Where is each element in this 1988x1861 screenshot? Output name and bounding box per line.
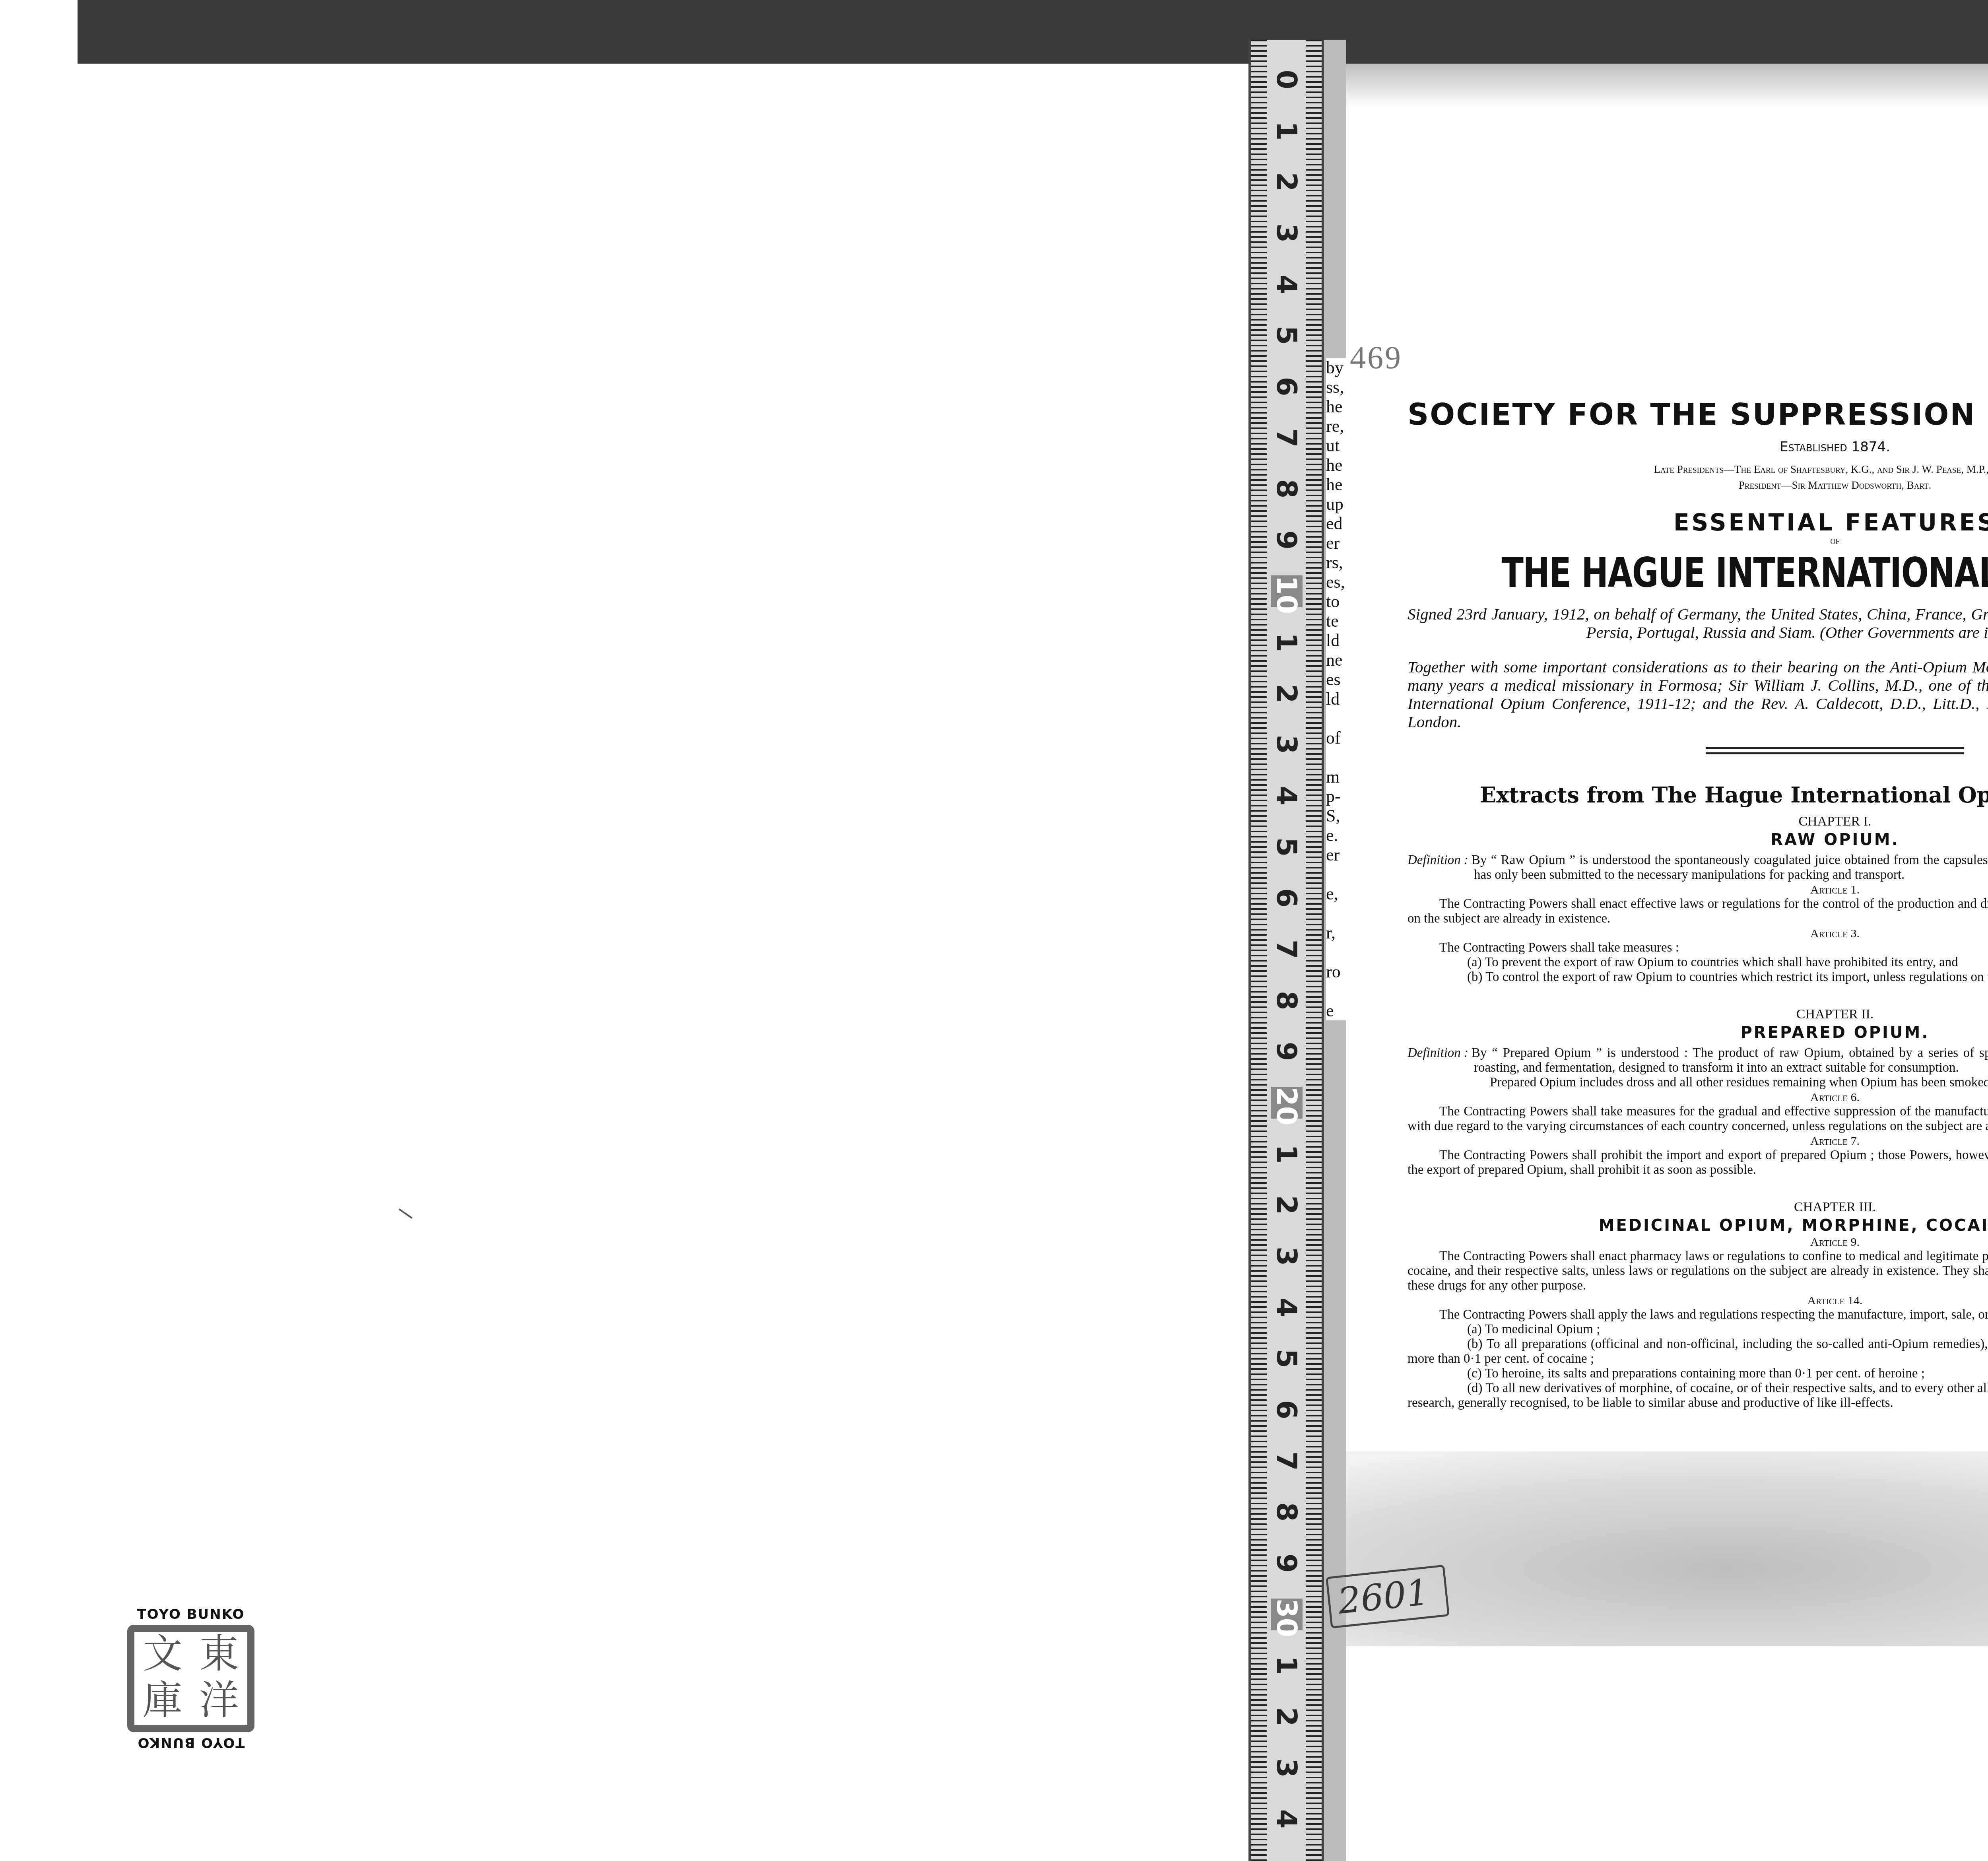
article-label: Article 6. (1408, 1091, 1988, 1104)
seal-char: 庫 (134, 1678, 191, 1725)
text-fragment (1326, 903, 1346, 923)
article-text: The Contracting Powers shall enact pharm… (1408, 1249, 1988, 1293)
article-text: The Contracting Powers shall take measur… (1408, 1104, 1988, 1134)
definition-block: Definition :By “ Prepared Opium ” is und… (1408, 1046, 1988, 1090)
article-text: The Contracting Powers shall take measur… (1408, 940, 1988, 955)
ruler-number: 5 (1271, 831, 1303, 863)
society-heading: SOCIETY FOR THE SUPPRESSION OF THE OPIUM… (1408, 398, 1988, 432)
ruler-number: 1 (1271, 1138, 1303, 1170)
text-fragment: m (1326, 767, 1346, 787)
text-fragment: rs, (1326, 553, 1346, 572)
text-fragment: ro (1326, 962, 1346, 981)
ruler-number: 4 (1271, 1803, 1303, 1835)
chapter-number: CHAPTER I. (1408, 814, 1988, 829)
definition-label: Definition : (1408, 1046, 1474, 1090)
text-fragment: of (1326, 728, 1346, 748)
definition-body: By “ Prepared Opium ” is understood : Th… (1474, 1046, 1988, 1090)
definition-extra: Prepared Opium includes dross and all ot… (1474, 1075, 1988, 1090)
text-fragment: up (1326, 494, 1346, 514)
chapter-title: RAW OPIUM. (1408, 831, 1988, 849)
article-text: The Contracting Powers shall prohibit th… (1408, 1148, 1988, 1177)
text-fragment (1326, 709, 1346, 728)
text-fragment: re, (1326, 416, 1346, 436)
ruler-number: 30 (1271, 1599, 1303, 1630)
article-item: (c) To heroine, its salts and preparatio… (1408, 1366, 1988, 1381)
president: President—Sir Matthew Dodsworth, Bart. (1408, 477, 1988, 493)
text-fragment: to (1326, 592, 1346, 611)
text-fragment: ld (1326, 689, 1346, 709)
extracts-heading: Extracts from The Hague International Op… (1408, 782, 1988, 808)
text-fragment: er (1326, 533, 1346, 553)
text-fragment: p- (1326, 787, 1346, 806)
ruler-number: 7 (1271, 933, 1303, 965)
text-fragment: es, (1326, 572, 1346, 592)
chapter-section: CHAPTER I.RAW OPIUM.Definition :By “ Raw… (1408, 814, 1988, 985)
ruler-number: 6 (1271, 1394, 1303, 1426)
late-presidents: Late Presidents—The Earl of Shaftesbury,… (1408, 461, 1988, 477)
ruler-ticks (1306, 40, 1322, 1861)
text-fragment: er (1326, 845, 1346, 864)
document-content: SOCIETY FOR THE SUPPRESSION OF THE OPIUM… (1408, 398, 1988, 1410)
text-fragment: ne (1326, 650, 1346, 670)
ruler-number: 3 (1271, 728, 1303, 760)
ruler-number: 4 (1271, 780, 1303, 812)
text-fragment: ed (1326, 514, 1346, 533)
seal-char: 文 (134, 1632, 191, 1678)
of-connector: OF (1408, 538, 1988, 546)
signatories-note: Signed 23rd January, 1912, on behalf of … (1408, 605, 1988, 641)
article-item: (b) To all preparations (officinal and n… (1408, 1337, 1988, 1366)
ruler-number: 4 (1271, 268, 1303, 300)
text-fragment (1326, 748, 1346, 767)
article-label: Article 14. (1408, 1294, 1988, 1307)
measuring-ruler: 01234567891012345678920123456789301234 (1248, 40, 1324, 1861)
ruler-number: 7 (1271, 422, 1303, 454)
article-label: Article 9. (1408, 1235, 1988, 1249)
text-fragment: ld (1326, 631, 1346, 650)
ruler-number: 1 (1271, 1649, 1303, 1681)
chapter-section: CHAPTER II.PREPARED OPIUM.Definition :By… (1408, 985, 1988, 1177)
ruler-number: 3 (1271, 217, 1303, 249)
double-rule-divider (1706, 747, 1964, 754)
spacer (1408, 985, 1988, 1000)
ruler-number: 2 (1271, 166, 1303, 198)
article-label: Article 3. (1408, 927, 1988, 940)
toyo-bunko-stamp-left: TOYO BUNKO 文 東 庫 洋 TOYO BUNKO (123, 1607, 258, 1750)
text-fragment: es (1326, 670, 1346, 689)
ruler-number: 2 (1271, 1189, 1303, 1221)
article-item: (b) To control the export of raw Opium t… (1408, 970, 1988, 985)
text-fragment: e, (1326, 884, 1346, 903)
ruler-ticks (1251, 40, 1267, 1861)
definition-label: Definition : (1408, 853, 1474, 882)
seal-char: 東 (191, 1632, 247, 1678)
seal-icon: 文 東 庫 洋 (127, 1625, 254, 1732)
chapter-section: CHAPTER III.MEDICINAL OPIUM, MORPHINE, C… (1408, 1177, 1988, 1410)
ruler-number: 20 (1271, 1087, 1303, 1119)
ruler-number: 7 (1271, 1445, 1303, 1477)
ruler-number: 9 (1271, 1547, 1303, 1579)
text-fragment: ut (1326, 436, 1346, 455)
definition-body: By “ Raw Opium ” is understood the spont… (1474, 853, 1988, 882)
established-line: Established 1874. (1408, 439, 1988, 455)
ruler-number: 5 (1271, 1342, 1303, 1374)
ruler-number: 9 (1271, 1035, 1303, 1067)
text-fragment (1326, 942, 1346, 962)
page-stain (1346, 1451, 1988, 1646)
text-fragment: S, (1326, 806, 1346, 826)
ruler-number: 3 (1271, 1240, 1303, 1272)
text-fragment (1326, 981, 1346, 1001)
chapters: CHAPTER I.RAW OPIUM.Definition :By “ Raw… (1408, 814, 1988, 1410)
ruler-number: 6 (1271, 371, 1303, 402)
blank-left-page (78, 64, 1250, 1861)
chapter-number: CHAPTER III. (1408, 1200, 1988, 1215)
spacer (1408, 1177, 1988, 1193)
article-label: Article 7. (1408, 1134, 1988, 1148)
ruler-number: 8 (1271, 1496, 1303, 1528)
stamp-label-bottom: TOYO BUNKO (123, 1735, 258, 1750)
text-fragment: e (1326, 1001, 1346, 1020)
authors-note: Together with some important considerati… (1408, 658, 1988, 731)
article-item: (d) To all new derivatives of morphine, … (1408, 1381, 1988, 1410)
text-fragment: he (1326, 455, 1346, 475)
ruler-number: 1 (1271, 626, 1303, 658)
stamp-label-top: TOYO BUNKO (123, 1607, 258, 1622)
ruler-number: 2 (1271, 1701, 1303, 1733)
shelf-number: 469 (1350, 340, 1402, 376)
text-fragment (1326, 864, 1346, 884)
convention-title: THE HAGUE INTERNATIONAL OPIUM CONVENTION (1502, 548, 1988, 597)
article-text: The Contracting Powers shall apply the l… (1408, 1307, 1988, 1322)
ruler-number: 5 (1271, 319, 1303, 351)
ruler-number: 4 (1271, 1292, 1303, 1323)
ruler-number: 10 (1271, 575, 1303, 607)
ruler-number: 3 (1271, 1752, 1303, 1784)
ruler-number: 9 (1271, 524, 1303, 556)
chapter-number: CHAPTER II. (1408, 1007, 1988, 1022)
text-fragment: r, (1326, 923, 1346, 942)
text-fragment: he (1326, 475, 1346, 494)
ruler-number: 2 (1271, 678, 1303, 709)
essential-features-heading: ESSENTIAL FEATURES (1408, 509, 1988, 536)
text-fragment: e. (1326, 826, 1346, 845)
ruler-number: 8 (1271, 985, 1303, 1016)
text-fragment: he (1326, 397, 1346, 416)
facing-page-text-fragments: byss,here,utheheupederrs,es,toteldneesld… (1326, 358, 1346, 1020)
ruler-number: 6 (1271, 882, 1303, 914)
definition-text: By “ Raw Opium ” is understood the spont… (1472, 853, 1988, 882)
ruler-number: 8 (1271, 473, 1303, 505)
seal-char: 洋 (191, 1678, 247, 1725)
article-item: (a) To medicinal Opium ; (1408, 1322, 1988, 1337)
ruler-number: 1 (1271, 115, 1303, 147)
article-item: (a) To prevent the export of raw Opium t… (1408, 955, 1988, 970)
text-fragment: te (1326, 611, 1346, 631)
definition-block: Definition :By “ Raw Opium ” is understo… (1408, 853, 1988, 882)
text-fragment: by (1326, 358, 1346, 377)
ruler-number: 0 (1271, 64, 1303, 95)
chapter-title: PREPARED OPIUM. (1408, 1024, 1988, 1042)
article-text: The Contracting Powers shall enact effec… (1408, 897, 1988, 926)
scanner-background (78, 0, 1988, 64)
chapter-title: MEDICINAL OPIUM, MORPHINE, COCAINE, etc. (1408, 1216, 1988, 1235)
article-label: Article 1. (1408, 883, 1988, 897)
definition-text: By “ Prepared Opium ” is understood : Th… (1472, 1046, 1988, 1075)
text-fragment: ss, (1326, 377, 1346, 397)
